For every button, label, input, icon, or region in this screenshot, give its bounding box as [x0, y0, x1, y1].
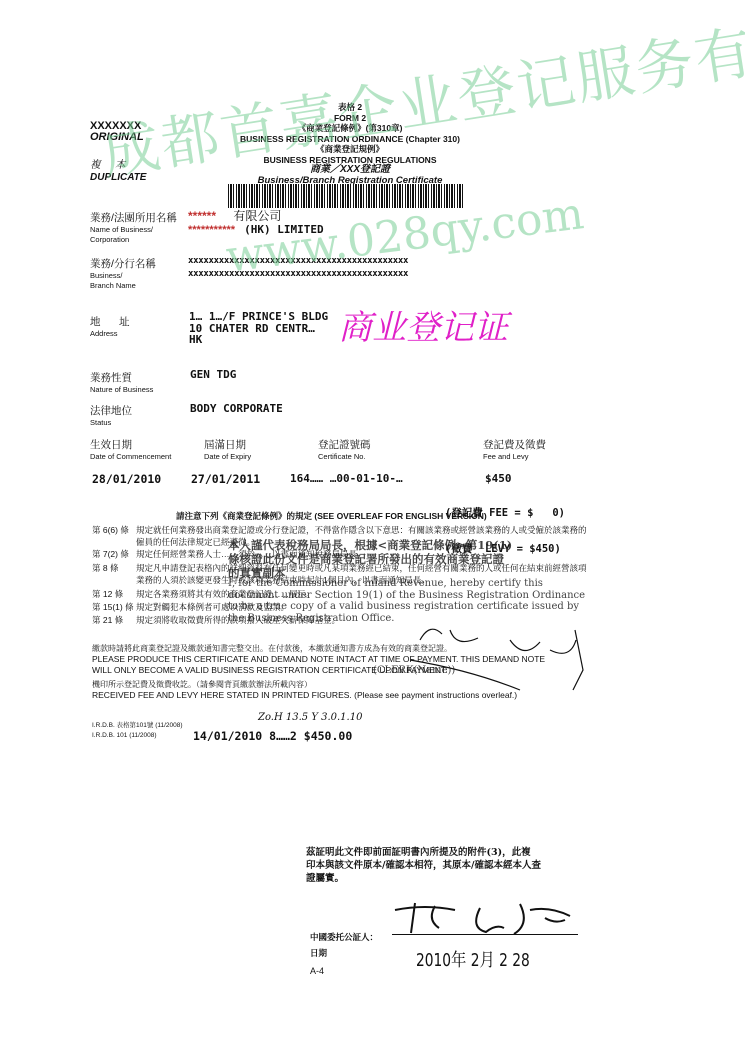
- notary-signer-label: 中國委托公証人：: [310, 930, 378, 946]
- overlay-en2: document under Section 19(1) of the Busi…: [228, 590, 585, 602]
- overlay-cn1: 本人謹代表稅務局局長，根據<商業登記條例>第19(1): [228, 538, 585, 552]
- certno-label-en: Certificate No.: [318, 452, 371, 462]
- barcode: [228, 184, 464, 208]
- ird-code-cn: I.R.D.B. 表格第101號 (11/2008): [92, 721, 183, 731]
- notice-sec: 第 7(2) 條: [92, 548, 136, 562]
- handwritten-note: Zo.H 13.5 Y 3.0.1.10: [258, 712, 362, 723]
- certno-label-cn: 登記證號碼: [318, 439, 371, 452]
- branch-label-en2: Branch Name: [90, 281, 156, 291]
- status-label-cn: 法律地位: [90, 405, 132, 418]
- name-label-cn: 業務/法團所用名稱: [90, 212, 177, 225]
- fee-label: 登記費及徵費 Fee and Levy: [483, 439, 546, 462]
- name-value-cn: ****** 有限公司: [188, 207, 281, 224]
- name-label-en1: Name of Business/: [90, 225, 177, 235]
- certno-label: 登記證號碼 Certificate No.: [318, 439, 371, 462]
- address-line1: 1… 1…/F PRINCE'S BLDG: [189, 311, 328, 323]
- notice-sec: 第 21 條: [92, 614, 136, 627]
- name-label-en2: Corporation: [90, 235, 177, 245]
- signature-line: [392, 934, 578, 935]
- branch-label: 業務/分行名稱 Business/ Branch Name: [90, 258, 156, 291]
- notary-labels: 中國委托公証人： 日期: [310, 930, 378, 962]
- address-label-en: Address: [90, 329, 134, 339]
- address-value: 1… 1…/F PRINCE'S BLDG 10 CHATER RD CENTR…: [189, 311, 328, 346]
- certno-value: 164…… …00-01-10-…: [290, 472, 403, 485]
- notice-sec: 第 8 條: [92, 562, 136, 588]
- name-label: 業務/法團所用名稱 Name of Business/ Corporation: [90, 212, 177, 245]
- address-label: 地 址 Address: [90, 316, 134, 339]
- notice-sec: 第 12 條: [92, 588, 136, 601]
- fee-label-cn: 登記費及徵費: [483, 439, 546, 452]
- notice-sec: 第 6(6) 條: [92, 524, 136, 548]
- nature-value: GEN TDG: [190, 368, 236, 381]
- notice-heading: 請注意下列《商業登記條例》的規定 (SEE OVERLEAF FOR ENGLI…: [176, 510, 487, 522]
- notary-date-label: 日期: [310, 946, 378, 962]
- notary-line3: 證屬實。: [306, 872, 541, 885]
- commence-label-en: Date of Commencement: [90, 452, 171, 462]
- commence-label: 生效日期 Date of Commencement: [90, 439, 171, 462]
- certification-stamp: 本人謹代表稅務局局長，根據<商業登記條例>第19(1) 條核證此份文件是商業登記…: [228, 538, 585, 624]
- notary-line1: 茲証明此文件即前面証明書內所提及的附件(3)，此複: [306, 846, 541, 859]
- address-label-cn: 地 址: [90, 316, 134, 329]
- clerk-signature: [400, 620, 620, 700]
- nature-label-en: Nature of Business: [90, 385, 153, 395]
- overlay-cn2: 條核證此份文件是商業登記署所發出的有效商業登記證: [228, 552, 585, 566]
- doctype-watermark: 商业登记证: [338, 300, 508, 349]
- ird-code-en: I.R.D.B. 101 (11/2008): [92, 731, 183, 741]
- commence-value: 28/01/2010: [92, 472, 161, 486]
- status-label: 法律地位 Status: [90, 405, 132, 428]
- address-line2: 10 CHATER RD CENTR…: [189, 323, 328, 335]
- expiry-label-cn: 屆滿日期: [204, 439, 251, 452]
- notice-sec: 第 15(1) 條: [92, 601, 136, 614]
- status-value: BODY CORPORATE: [190, 402, 283, 415]
- expiry-label-en: Date of Expiry: [204, 452, 251, 462]
- expiry-value: 27/01/2011: [191, 472, 260, 486]
- overlay-en1: I, for the Commissioner of Inland Revenu…: [228, 578, 585, 590]
- expiry-label: 屆滿日期 Date of Expiry: [204, 439, 251, 462]
- branch-label-cn: 業務/分行名稱: [90, 258, 156, 271]
- ird-code: I.R.D.B. 表格第101號 (11/2008) I.R.D.B. 101 …: [92, 721, 183, 741]
- name-cn-mask: ******: [188, 209, 216, 223]
- page-code: A-4: [310, 966, 324, 976]
- payment-receipt: 14/01/2010 8……2 $450.00: [193, 729, 352, 743]
- fee-label-en: Fee and Levy: [483, 452, 546, 462]
- overlay-en3: to be a true copy of a valid business re…: [228, 601, 585, 613]
- commence-label-cn: 生效日期: [90, 439, 171, 452]
- notary-line2: 印本與該文件原本/確認本相符，其原本/確認本經本人查: [306, 859, 541, 872]
- nature-label-cn: 業務性質: [90, 372, 153, 385]
- notary-statement: 茲証明此文件即前面証明書內所提及的附件(3)，此複 印本與該文件原本/確認本相符…: [306, 846, 541, 885]
- branch-label-en1: Business/: [90, 271, 156, 281]
- nature-label: 業務性質 Nature of Business: [90, 372, 153, 395]
- name-cn-text: 有限公司: [233, 209, 281, 223]
- address-line3: HK: [189, 334, 328, 346]
- notary-date-stamp: 2010年 2月 2 28: [416, 946, 530, 972]
- status-label-en: Status: [90, 418, 132, 428]
